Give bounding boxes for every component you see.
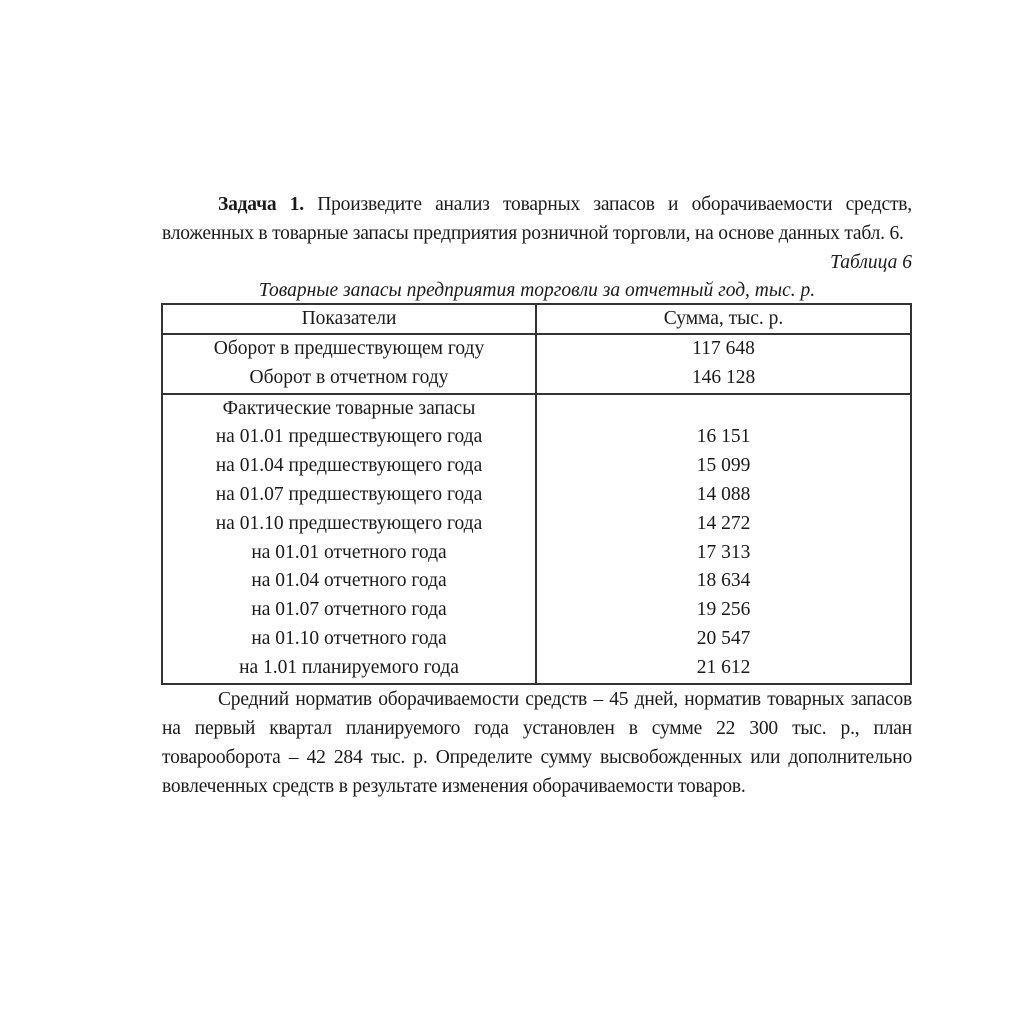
document-page: Задача 1. Произведите анализ товарных за… (162, 190, 912, 801)
table-row: на 01.10 отчетного года 20 547 (162, 625, 911, 654)
table-row: Фактические товарные запасы (162, 394, 911, 424)
stock-table: Показатели Сумма, тыс. р. Оборот в предш… (161, 303, 912, 685)
row-value: 21 612 (536, 654, 911, 684)
table-row: на 01.01 отчетного года 17 313 (162, 539, 911, 568)
row-label: на 01.07 отчетного года (162, 596, 536, 625)
row-label: на 01.10 отчетного года (162, 625, 536, 654)
table-title: Товарные запасы предприятия торговли за … (162, 277, 912, 305)
table-row: Оборот в отчетном году 146 128 (162, 364, 911, 394)
row-label: на 01.01 предшествующего года (162, 423, 536, 452)
row-value: 14 088 (536, 481, 911, 510)
row-label: на 01.04 отчетного года (162, 567, 536, 596)
row-value: 146 128 (536, 364, 911, 394)
table-row: на 01.04 отчетного года 18 634 (162, 567, 911, 596)
table-row: на 01.01 предшествующего года 16 151 (162, 423, 911, 452)
task-paragraph: Задача 1. Произведите анализ товарных за… (162, 190, 912, 248)
row-label: на 01.07 предшествующего года (162, 481, 536, 510)
row-value: 19 256 (536, 596, 911, 625)
table-header-row: Показатели Сумма, тыс. р. (162, 304, 911, 334)
row-label: Оборот в отчетном году (162, 364, 536, 394)
row-label: на 01.10 предшествующего года (162, 510, 536, 539)
row-label: на 01.01 отчетного года (162, 539, 536, 568)
row-value: 18 634 (536, 567, 911, 596)
table-row: Оборот в предшествующем году 117 648 (162, 334, 911, 364)
row-label: на 1.01 планируемого года (162, 654, 536, 684)
row-value: 20 547 (536, 625, 911, 654)
table-row: на 01.07 предшествующего года 14 088 (162, 481, 911, 510)
task-label: Задача 1. (218, 194, 304, 215)
table-row: на 01.10 предшествующего года 14 272 (162, 510, 911, 539)
row-label: на 01.04 предшествующего года (162, 452, 536, 481)
stock-group: Фактические товарные запасы на 01.01 пре… (162, 394, 911, 684)
row-value: 117 648 (536, 334, 911, 364)
table-row: на 01.07 отчетного года 19 256 (162, 596, 911, 625)
row-value: 16 151 (536, 423, 911, 452)
row-value (536, 394, 911, 424)
header-amount: Сумма, тыс. р. (536, 304, 911, 334)
table-row: на 01.04 предшествующего года 15 099 (162, 452, 911, 481)
conclusion-paragraph: Средний норматив оборачиваемости средств… (162, 685, 912, 801)
table-row: на 1.01 планируемого года 21 612 (162, 654, 911, 684)
group-label: Фактические товарные запасы (162, 394, 536, 424)
row-label: Оборот в предшествующем году (162, 334, 536, 364)
table-number: Таблица 6 (162, 248, 912, 277)
row-value: 17 313 (536, 539, 911, 568)
header-indicators: Показатели (162, 304, 536, 334)
turnover-group: Оборот в предшествующем году 117 648 Обо… (162, 334, 911, 394)
row-value: 15 099 (536, 452, 911, 481)
row-value: 14 272 (536, 510, 911, 539)
